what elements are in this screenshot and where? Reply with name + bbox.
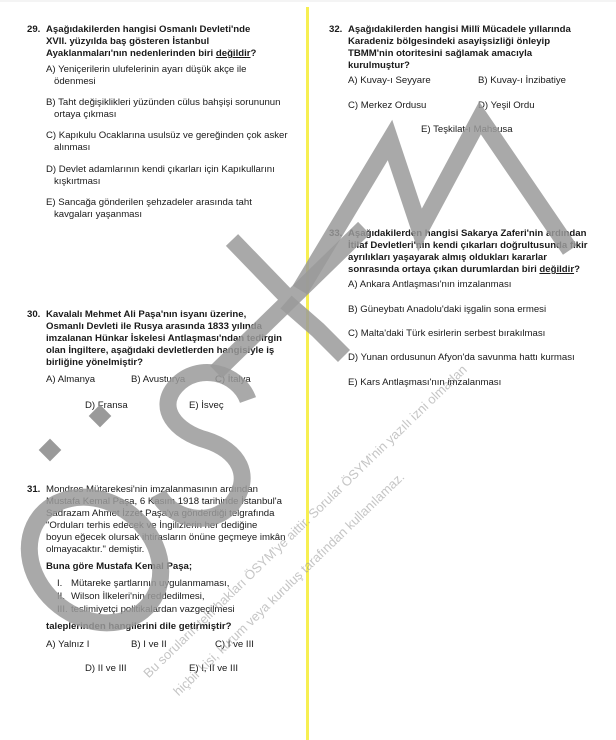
watermark-umlaut-dot [39, 439, 62, 462]
column-divider [306, 7, 309, 740]
negation-emphasis: değildir [216, 48, 251, 59]
page-top-edge [0, 0, 616, 2]
option-a[interactable]: A) Yeniçerilerin ulufelerinin ayarı düşü… [46, 64, 247, 88]
option-c[interactable]: C) Malta'daki Türk esirlerin serbest bır… [348, 328, 545, 340]
question-number: 30. [27, 309, 40, 321]
question-stem: Aşağıdakilerden hangisi Sakarya Zaferi'n… [348, 228, 588, 276]
option-e[interactable]: E) İsveç [189, 400, 224, 412]
option-e[interactable]: E) Teşkilat-ı Mahsusa [421, 124, 513, 136]
question-number: 32. [329, 24, 342, 36]
question-number: 29. [27, 24, 40, 36]
question-number: 33. [329, 228, 342, 240]
question-number: 31. [27, 484, 40, 496]
question-stem: Aşağıdakilerden hangisi Millî Mücadele y… [348, 24, 571, 72]
question-stem: Kavalalı Mehmet Ali Paşa'nın isyanı üzer… [46, 309, 282, 369]
option-b[interactable]: B) Avusturya [131, 374, 185, 386]
option-a[interactable]: A) Yalnız I [46, 639, 89, 651]
option-a[interactable]: A) Ankara Antlaşması'nın imzalanması [348, 279, 511, 291]
option-b[interactable]: B) Güneybatı Anadolu'daki işgalin sona e… [348, 304, 546, 316]
statement-i: I.Mütareke şartlarının uygulanmaması, [57, 578, 229, 590]
option-d[interactable]: D) Fransa [85, 400, 128, 412]
question-lead: Buna göre Mustafa Kemal Paşa; [46, 561, 192, 573]
option-e[interactable]: E) Sancağa gönderilen şehzadeler arasınd… [46, 197, 252, 221]
option-c[interactable]: C) İtalya [215, 374, 251, 386]
statement-ii: II.Wilson İlkeleri'nin reddedilmesi, [57, 591, 205, 603]
option-c[interactable]: C) Merkez Ordusu [348, 100, 426, 112]
question-stem: Aşağıdakilerden hangisi Osmanlı Devleti'… [46, 24, 256, 60]
option-e[interactable]: E) Kars Antlaşması'nın imzalanması [348, 377, 501, 389]
option-a[interactable]: A) Kuvay-ı Seyyare [348, 75, 431, 87]
option-a[interactable]: A) Almanya [46, 374, 95, 386]
option-b[interactable]: B) Kuvay-ı İnzibatiye [478, 75, 566, 87]
option-d[interactable]: D) Yunan ordusunun Afyon'da savunma hatt… [348, 352, 575, 364]
negation-emphasis: değildir [539, 264, 574, 275]
option-d[interactable]: D) II ve III [85, 663, 127, 675]
option-b[interactable]: B) Taht değişiklikleri yüzünden cülus ba… [46, 97, 280, 121]
option-c[interactable]: C) Kapıkulu Ocaklarına usulsüz ve gereği… [46, 130, 288, 154]
option-d[interactable]: D) Yeşil Ordu [478, 100, 535, 112]
option-d[interactable]: D) Devlet adamlarının kendi çıkarları iç… [46, 164, 275, 188]
question-stem: Mondros Mütarekesi'nin imzalanmasının ar… [46, 484, 285, 556]
